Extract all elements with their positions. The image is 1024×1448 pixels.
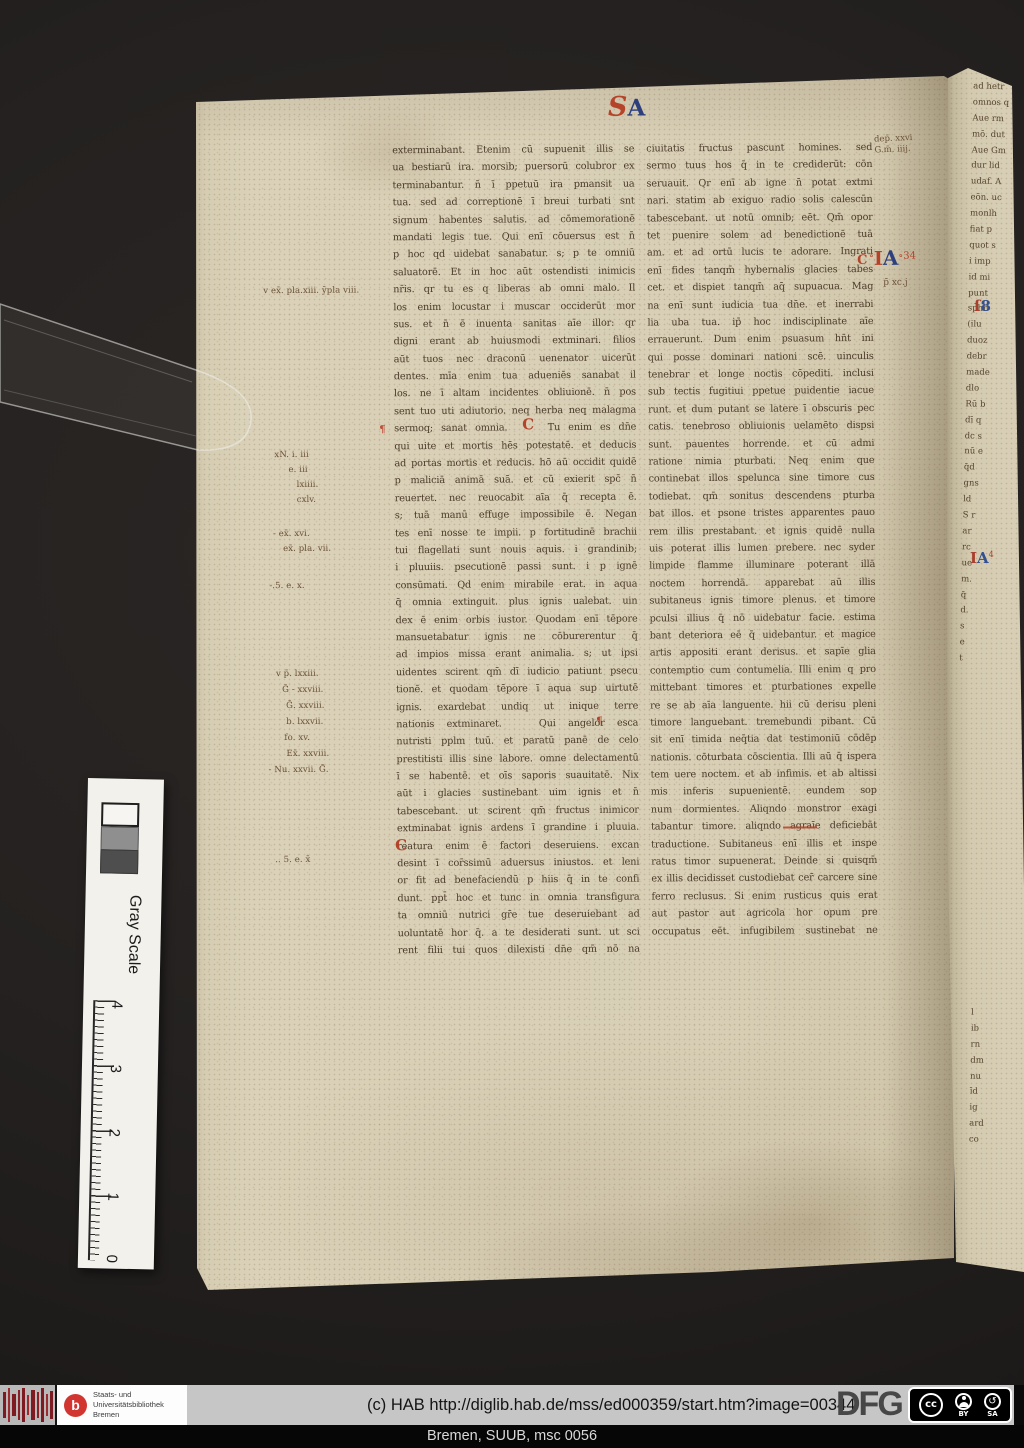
manuscript-line: ī se habentē. et oīs saporis suauitatē. … [397,767,639,786]
manuscript-line: traductione. Subitaneus enī illis et ins… [651,835,877,854]
text-fragment: debr [966,349,1022,366]
manuscript-line: artis appositi erant derisus. et sapīe g… [650,643,876,662]
manuscript-line: mandati legis tue. Qui enī cōuersus est … [393,228,635,247]
text-fragment: ig [969,1101,1019,1118]
margin-note: G̃ - xxviii. [282,685,323,695]
margin-note: .. 5. e. x̄ [275,855,310,865]
manuscript-line: qui posse dominari nationi scē. uinculis [648,348,874,367]
manuscript-line: re se ab aīa languente. hii cū derisu pl… [650,695,876,714]
rubricated-initial: C [395,838,407,853]
quire-mark-blue-letter: A [883,246,899,270]
manuscript-line: aūt i glacies sustinebant uim ignis et n… [397,784,639,803]
quire-mark-red-part: I [970,549,977,567]
text-fragment: id mi [968,270,1024,287]
margin-note: v p̄. lxxiii. [276,669,319,679]
rubricated-initial: C [522,417,534,432]
hab-colorbar-logo [0,1385,57,1425]
manuscript-line: los enim locustar i muscar occiderūt mor [393,297,635,316]
margin-note: cxlv. [297,495,316,505]
manuscript-line: desint ī cor̄ssimū aduersus iniustos. et… [397,854,639,873]
strikethrough-mark [783,826,817,828]
manuscript-line: signum habentes salutis. ad cōmemoration… [393,210,635,229]
text-fragment: rn [970,1037,1020,1054]
manuscript-line: enī fides tanqm̄ hybernalis glacies tabe… [647,261,873,280]
quire-mark-suffix: ∘34 [898,251,916,262]
manuscript-line: rem illis prestabant. et ignis quidē nul… [649,521,875,540]
manuscript-line: todiebat. qm̄ sonitus descendens pturba [649,487,875,506]
rubricated-initial: C [857,254,867,267]
manuscript-line: noctem horrendā. apparebat aū illis [649,574,875,593]
margin-note: e. iii [288,465,307,475]
margin-note: - ex̄. xvi. [273,529,310,539]
manuscript-line: s; tuā manū effuge impossibile ē. Negan [395,506,637,525]
quire-mark-blue-part: A [977,549,989,567]
text-fragment: (ilu [967,318,1023,335]
manuscript-line: p maliciā animā suā. et cū exierit spc̄ … [395,471,637,490]
text-fragment: q̄d [964,461,1020,478]
rubricated-initials: C¶¶CC [188,69,954,74]
manuscript-line: pculsi illius q̄ nō uidebatur facie. est… [649,608,875,627]
manuscript-line: tabescebant. ut notū omnib; eēt. Qm̄ opo… [647,208,873,227]
text-fragment: Aue rm [972,111,1024,128]
cc-license-badge: cc BY ↺ SA [908,1387,1012,1423]
manuscript-line: sunt. pauentes horrende. et cū admi [648,435,874,454]
library-name-line: Bremen [93,1410,164,1420]
manuscript-page: SA dep̄. xxviG.m̄. iiij. ∘IA∘34 p̄ xc.j … [192,72,958,1292]
text-fragment: monlh [970,206,1024,223]
manuscript-line: tenebrar et longe noctis cōpediti. inclu… [648,365,874,384]
text-fragment: s [960,620,1016,637]
text-fragment: q̄ [961,588,1017,605]
text-fragment: ld [963,492,1019,509]
running-header-red-letter: S [608,92,628,123]
text-fragment: mō. dut [972,127,1024,144]
text-column-left: exterminabant. Etenim cū supuenit illis … [392,141,640,960]
manuscript-line: mansuetabatur ignis ne cōburerentur q̄ [396,627,638,646]
manuscript-line: ex illis decidisset custodiebat cer̄ car… [651,869,877,888]
manuscript-line: extminabat ignis ardens ī grandine i plu… [397,819,639,838]
margin-note: v ex̄. pla.xiii. ȳpla viii. [263,285,359,296]
margin-note: Ex̄. xxviii. [286,749,329,759]
manuscript-line: ratione nimia pturbati. Neq enim que [648,452,874,471]
margin-note: - Nu. xxvii. G̃. [269,765,329,775]
manuscript-line: nari. statim ab exiguo radio solis cales… [647,191,873,210]
margin-note: -.5. e. x. [269,581,304,591]
manuscript-line: seruauit. Qr enī ab igne n̄ potat extmi [646,174,872,193]
manuscript-line: timore languebant. tremebundi pibant. Cū [650,713,876,732]
text-fragment: e [959,635,1015,652]
library-name-line: Universitätsbibliothek [93,1400,164,1410]
attribution-bar: b Staats- undUniversitätsbibliothekBreme… [0,1385,1014,1425]
next-page-text-fragments-bottom: librndmnuīdigardco [969,1006,1021,1150]
manuscript-line: ignis. exardebat undiq ut inique terre [396,697,638,716]
text-fragment: īd [970,1085,1020,1102]
text-fragment: S r [963,508,1019,525]
cc-sa-block: ↺ SA [984,1393,1001,1418]
next-page-quire-mark-top: ſ8 [974,296,991,315]
person-head-icon [962,1396,966,1400]
manuscript-line: mis inferis supuenientē. eundem sop [651,782,877,801]
manuscript-line: terminabantur. n̄ ī ppetuū ira pmansit u… [392,175,634,194]
manuscript-line: ciuitatis fructus pascunt homines. sed [646,139,872,158]
manuscript-line: nr̄is. qr tu es q liberas ab omni malo. … [393,280,635,299]
manuscript-line: dunt. ppt̄ hoc et tunc in omnia transfig… [397,888,639,907]
manuscript-line: p hoc qd uidebat sanabatur. s; p te omni… [393,245,635,264]
manuscript-line: q̄ omnia extinguit. plus ignis ualebat. … [395,593,637,612]
cc-sa-label: SA [987,1411,997,1418]
ruler-number: 3 [107,1064,124,1073]
manuscript-line: uidentes scirent qm̄ dī iudicio patiunt … [396,662,638,681]
library-logo-block: b Staats- undUniversitätsbibliothekBreme… [57,1385,187,1425]
running-header-blue-letter: A [627,94,645,121]
text-fragment: udaf. A [971,175,1024,192]
margin-note: G̃. xxviii. [286,701,325,711]
person-body-icon [959,1402,969,1407]
manuscript-line: tabescebant. ut scirent qm̄ fructus inim… [397,801,639,820]
rubricated-initial: ¶ [596,717,602,727]
manuscript-line: qui uite et mortis hēs potestatē. et ded… [394,436,636,455]
text-fragment: m. [961,572,1017,589]
manuscript-line: catis. tenebroso obliuionis uelamēto dis… [648,417,874,436]
manuscript-line: uis poterat illis lumen prebere. nec syd… [649,539,875,558]
manuscript-line: mittebant timores et pturbationes expell… [650,678,876,697]
margin-note: b. lxxvii. [286,717,323,727]
manuscript-line: tes enī nosse te impii. p fortitudinē br… [395,523,637,542]
manuscript-line: saluatorē. Et in hoc aūt ostendisti inim… [393,262,635,281]
ruler-number: 2 [105,1128,122,1137]
manuscript-line: tabantur timore. aliqndo agraīe deficieb… [651,817,877,836]
manuscript-line: limpide flamme illuminare poterant illā [649,556,875,575]
text-column-right: ciuitatis fructus pascunt homines. sedse… [646,139,878,941]
text-fragment: made [966,365,1022,382]
text-fragment: omnos q [973,95,1024,112]
cc-by-label: BY [958,1411,968,1418]
manuscript-line: ad portas mortis et reducis. hō aū occid… [394,454,636,473]
library-name: Staats- undUniversitätsbibliothekBremen [93,1390,164,1419]
text-fragment: ad hetr [973,79,1024,96]
next-page-edge: ad hetromnos qAue rmmō. dutAue Gmdur lid… [944,66,1024,1276]
manuscript-line: dentes. mīa enim tua adueniēs sanabat il [394,367,636,386]
manuscript-line: tua. sed ad correptionē ī breui turbati … [393,193,635,212]
rubricated-strikethroughs [188,69,954,74]
copyright-url-text: (c) HAB http://diglib.hab.de/mss/ed00035… [367,1385,791,1425]
text-fragment: quot s [969,238,1024,255]
manuscript-line: ad impios missa erant animalia. s; ut ip… [396,645,638,664]
glass-rod [0,268,270,478]
text-fragment: d. [960,604,1016,621]
ruler-number: 0 [103,1254,120,1263]
manuscript-line: sermoq; sanat omnia. Tu enim es dn̄e [394,419,636,438]
manuscript-line: errauerunt. Dum enim psuasum hn̄t ini [648,330,874,349]
margin-note-line: G.m̄. iiij. [874,144,913,157]
manuscript-page-content: SA dep̄. xxviG.m̄. iiij. ∘IA∘34 p̄ xc.j … [188,69,962,1294]
text-fragment: eōn. uc [970,191,1024,208]
colorbar-logo-icon [0,1385,55,1425]
manuscript-line: ferro reclusus. Si enim rusticus quis er… [651,887,877,906]
text-fragment: ard [969,1117,1019,1134]
text-fragment [959,667,1015,684]
margin-note: xN. i. iii [274,450,308,460]
text-fragment: fiat p [970,222,1024,239]
manuscript-line: sermo tuus hos q̄ in te crediderūt: cōn [646,156,872,175]
manuscript-line: los. ne ī altam incidentes obliuionē. n̄… [394,384,636,403]
shelfmark-caption: Bremen, SUUB, msc 0056 [0,1425,1024,1448]
manuscript-line: runt. et dum putant se latere ī obscuris… [648,400,874,419]
manuscript-line: continebat illos spelunca sine timore cu… [649,469,875,488]
manuscript-line: reuertet. nec reuocabit aīa q̄ recepta ē… [395,488,637,507]
manuscript-line: num dormientes. Aliqndo monstror exagi [651,800,877,819]
text-fragment: t [959,651,1015,668]
running-header: SA [608,91,646,122]
text-fragment: ar [962,524,1018,541]
manuscript-line: sent tuo uti adiutorio. neq herba neq ma… [394,401,636,420]
margin-note: ex̄. pla. vii. [283,544,331,554]
text-fragment: dlo [966,381,1022,398]
ruler-number: 4 [108,1000,125,1009]
text-fragment: dur lid [971,159,1024,176]
manuscript-line: or fit ad benefaciendū p hiis q̄ in te c… [397,871,639,890]
manuscript-line: occupatus eēt. infugibilem sustinebat ne [652,921,878,940]
gray-scale-ruler: Gray Scale 43210 [78,778,164,1269]
margin-note: lxiiii. [297,480,319,490]
cc-sa-arrow-icon: ↺ [984,1393,1001,1410]
cc-by-person-icon [955,1393,972,1410]
manuscript-line: prestitisti illis sine labore. omne dele… [396,749,638,768]
manuscript-line: subitaneus ignis timore plenus. et timor… [649,591,875,610]
next-page-text-fragments: ad hetromnos qAue rmmō. dutAue Gmdur lid… [959,79,1024,684]
footer-end-spacer [1014,1385,1024,1425]
manuscript-line: lia uba tua. ip̄ hoc indisciplinate aīe [647,313,873,332]
manuscript-line: reatura enim ē factori deseruiens. excan [397,836,639,855]
margin-note: fo. xv. [284,733,310,743]
library-logo-icon: b [64,1394,87,1417]
text-fragment: dī q [965,413,1021,430]
text-fragment: Rū b [965,397,1021,414]
text-fragment: co [969,1133,1019,1150]
manuscript-line: sus. et n̄ ē inuenta sanitas aīe illor: … [393,314,635,333]
rubricated-initial: ¶ [379,425,385,435]
manuscript-line: am. et ad ortū lucis te adorare. Ingrati [647,243,873,262]
quire-mark-red-letter: I [874,248,883,270]
manuscript-line: bant deteriora eē q̄ uidebantur. et magi… [650,626,876,645]
manuscript-line: rent filii tui quos dilexisti dn̄e qm̄ n… [398,941,640,960]
quire-mark-subnote: p̄ xc.j [883,278,907,288]
scan-viewport: SA dep̄. xxviG.m̄. iiij. ∘IA∘34 p̄ xc.j … [0,0,1024,1448]
manuscript-line: na enī sunt iudicia tua dn̄e. et inerrab… [647,295,873,314]
text-fragment: Aue Gm [971,143,1024,160]
manuscript-line: ta omniū nutrici gr̄e tue deseruiebant a… [398,906,640,925]
text-fragment: nu [970,1069,1020,1086]
quire-mark: ∘IA∘34 [869,246,916,270]
manuscript-line: ratus timor supuenerat. Deinde si quisqm… [651,852,877,871]
manuscript-line: ua bestiarū ira. morsib; puersorū colubr… [392,158,634,177]
manuscript-line: exterminabant. Etenim cū supuenit illis … [392,141,634,160]
manuscript-line: tet puenire solem ad benedictionē tuā [647,226,873,245]
text-fragment: gns [963,477,1019,494]
manuscript-line: aūt tuos nec draconū uenenator uicerūt [394,349,636,368]
manuscript-line: nutristi pplm tuū. et paratū panē de cel… [396,732,638,751]
manuscript-line: sit enī timida neq̄tia dat testimoniū cō… [650,730,876,749]
manuscript-line: cet. et dispiet tanqm̄ aq̄ supuacua. Mag [647,278,873,297]
manuscript-line: tem uere noctem. et ab infimis. et ab al… [651,765,877,784]
text-fragment: dc s [964,429,1020,446]
cc-icon: cc [919,1393,943,1417]
next-page-quire-mark-bottom: IA4 [970,548,994,567]
dfg-logo: DFG [836,1385,902,1425]
text-fragment: l [971,1006,1021,1023]
manuscript-line: i pluuiis. psecutionē passi sunt. i p ig… [395,558,637,577]
text-fragment: dm [970,1053,1020,1070]
quire-mark-blue-part: 8 [980,297,990,315]
library-name-line: Staats- und [93,1390,164,1400]
manuscript-line: digni erant ab huiusmodi extminari. fili… [394,332,636,351]
text-fragment: i imp [969,254,1024,271]
cc-by-block: BY [955,1393,972,1418]
manuscript-line: consūmati. Qd enim mirabile erat. in aqu… [395,575,637,594]
ruler-number: 1 [104,1192,121,1201]
manuscript-line: tionē. et quodam tēpore ī aqua sup uirtu… [396,680,638,699]
manuscript-line: bat illos. et psone tristes apparentes p… [649,504,875,523]
quire-mark-superscript: 4 [989,550,994,559]
ruler-numbers: 43210 [78,778,164,1269]
manuscript-line: aut pastor aut agricola hor opum pre [652,904,878,923]
text-fragment: nū e [964,445,1020,462]
manuscript-line: nationis. cōturbata cōscientia. Illi aū … [650,748,876,767]
manuscript-line: dex ē enim orbis iustor. Quodam enī tēpo… [396,610,638,629]
text-fragment: ib [971,1021,1021,1038]
manuscript-line: tui flagellati sunt nouis aquis. i grand… [395,541,637,560]
manuscript-line: uoluntatē hor q̄. a te desiderati sunt. … [398,923,640,942]
manuscript-line: contemptio cum contumelia. Illi enim q p… [650,661,876,680]
top-margin-note: dep̄. xxviG.m̄. iiij. [874,133,913,157]
manuscript-line: sub tectis fugitiui ppetue puidentie iac… [648,382,874,401]
left-margin-notes: v ex̄. pla.xiii. ȳpla viii.xN. i. iiie. … [188,69,954,74]
text-fragment: duoz [967,334,1023,351]
